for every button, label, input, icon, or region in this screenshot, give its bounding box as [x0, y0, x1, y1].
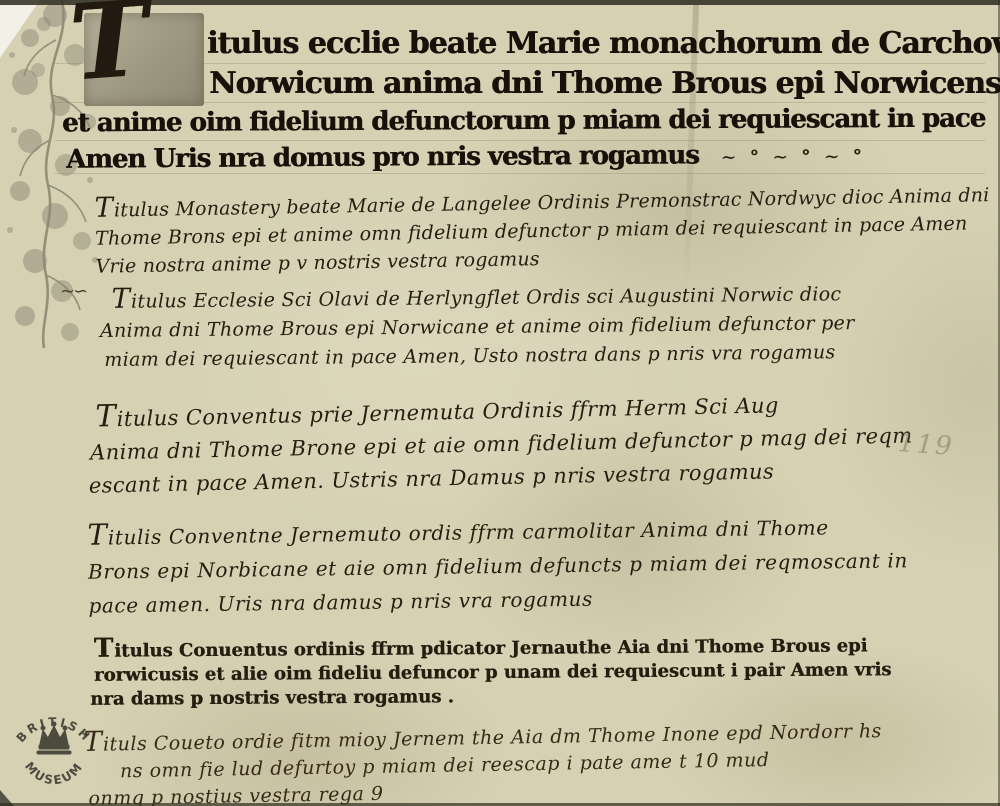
pencil-folio-number: 119 — [897, 428, 955, 462]
svg-text:MUSEUM: MUSEUM — [22, 759, 86, 787]
illuminated-initial-block: T — [84, 13, 204, 106]
heading-line-3: et anime oim fidelium defunctorum p miam… — [62, 104, 985, 139]
titulus-entry: Titulis Conventne Jernemuto ordis ffrm c… — [87, 506, 908, 622]
heading-line-1: itulus ecclie beate Marie monachorum de … — [207, 26, 1000, 61]
british-museum-stamp: BRITISH MUSEUM — [8, 696, 100, 792]
stamp-text-bottom: MUSEUM — [22, 759, 86, 787]
heading-line-4-text: Amen Uris nra domus pro nris vestra roga… — [66, 140, 699, 174]
crown-icon — [37, 722, 71, 754]
titulus-entry: Tituls Coueto ordie fitm mioy Jernem the… — [83, 715, 883, 806]
titulus-entry: Titulus Monastery beate Marie de Langele… — [94, 178, 990, 281]
pen-squiggle: ∼∽ — [60, 281, 86, 302]
titulus-entry: Titulus Ecclesie Sci Olavi de Herlyngfle… — [112, 277, 855, 375]
manuscript-page: T itulus ecclie beate Marie monachorum d… — [0, 0, 1000, 806]
titulus-line: nra dams p nostris vestra rogamus . — [90, 682, 892, 712]
illuminated-initial-letter: T — [66, 0, 150, 96]
page-corner — [0, 0, 40, 58]
titulus-entry: Titulus Conventus prie Jernemuta Ordinis… — [95, 383, 914, 502]
heading-line-2: Norwicum anima dni Thome Brous epi Norwi… — [209, 66, 1000, 101]
titulus-entry: Titulus Conuentus ordinis ffrm pdicator … — [94, 631, 892, 712]
pen-flourish: ~ ° ~ ° ~ ° — [721, 146, 866, 168]
heading-line-4: Amen Uris nra domus pro nris vestra roga… — [66, 139, 866, 175]
photo-edge — [0, 0, 1000, 5]
